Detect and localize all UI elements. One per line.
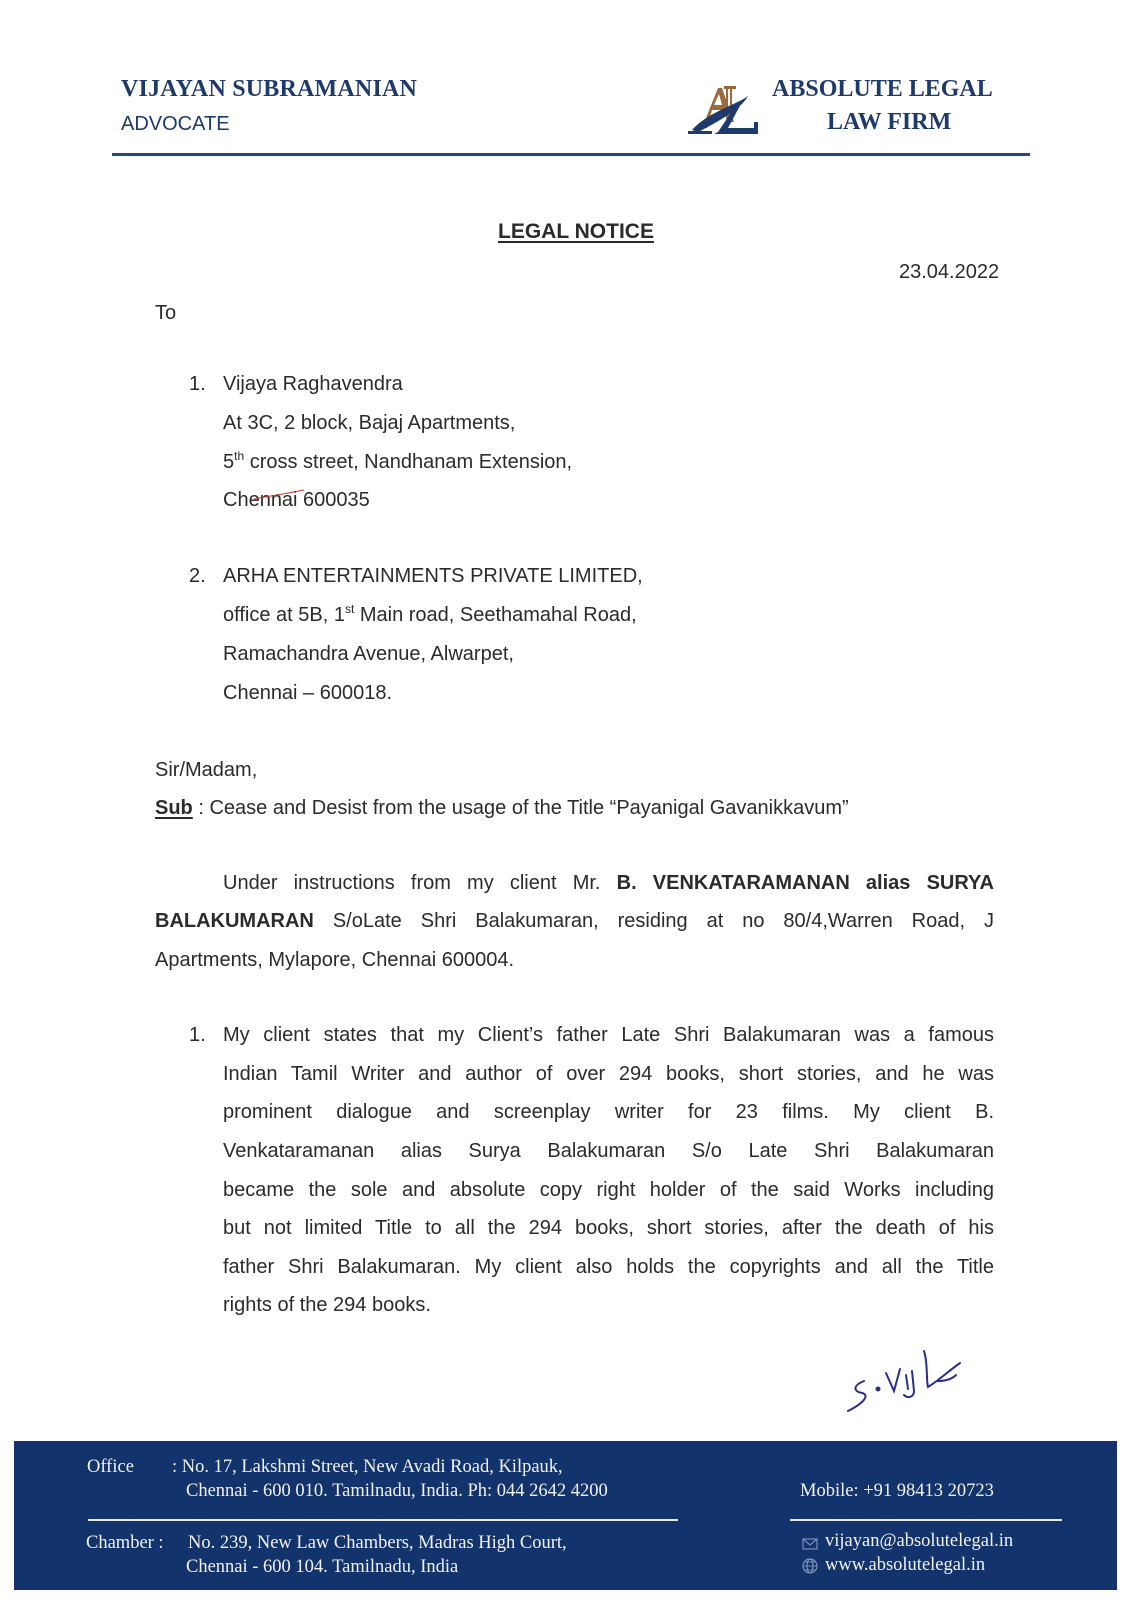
paragraph-line: Indian Tamil Writer and author of over 2…: [223, 1064, 994, 1084]
ordinal-number: 1: [334, 604, 345, 626]
paragraph-line: but not limited Title to all the 294 boo…: [223, 1218, 994, 1238]
mobile-number: Mobile: +91 98413 20723: [800, 1481, 994, 1502]
footer-divider: [790, 1519, 1062, 1521]
paragraph-line: Venkataramanan alias Surya Balakumaran S…: [223, 1141, 994, 1161]
recipient-name: ARHA ENTERTAINMENTS PRIVATE LIMITED,: [223, 566, 643, 586]
subject-line: Sub : Cease and Desist from the usage of…: [155, 798, 849, 818]
to-label: To: [155, 302, 176, 325]
paragraph-line: My client states that my Client’s father…: [223, 1025, 994, 1045]
recipient-name: Vijaya Raghavendra: [223, 374, 403, 394]
chamber-address-line2: Chennai - 600 104. Tamilnadu, India: [186, 1557, 458, 1578]
paragraph-line: became the sole and absolute copy right …: [223, 1180, 994, 1200]
chamber-label: Chamber :: [86, 1533, 164, 1554]
email-link[interactable]: vijayan@absolutelegal.in: [825, 1531, 1013, 1552]
subject-text: : Cease and Desist from the usage of the…: [193, 797, 849, 819]
office-label: Office: [87, 1457, 134, 1478]
recipient-address-line: office at 5B, 1st Main road, Seethamahal…: [223, 605, 637, 625]
recipient-number: 2.: [189, 566, 206, 586]
pen-mark-icon: [252, 488, 312, 502]
firm-name-line2: LAW FIRM: [827, 109, 951, 136]
advocate-title: ADVOCATE: [121, 113, 230, 136]
chamber-address-line1: No. 239, New Law Chambers, Madras High C…: [188, 1533, 567, 1554]
paragraph-number: 1.: [189, 1025, 206, 1045]
intro-text: S/oLate Shri Balakumaran, residing at no…: [314, 910, 994, 932]
address-text: cross street, Nandhanam Extension,: [250, 451, 572, 473]
firm-name-line1: ABSOLUTE LEGAL: [772, 76, 993, 103]
letterhead-divider: [112, 153, 1030, 156]
paragraph-line: prominent dialogue and screenplay writer…: [223, 1102, 994, 1122]
intro-line: Under instructions from my client Mr. B.…: [223, 873, 994, 893]
address-text: office at 5B,: [223, 604, 334, 626]
envelope-icon: [800, 1535, 820, 1553]
recipient-address-line: Ramachandra Avenue, Alwarpet,: [223, 644, 514, 664]
ordinal-number: 5: [223, 451, 234, 473]
recipient-address-line: Chennai – 600018.: [223, 683, 392, 703]
notice-title: LEGAL NOTICE: [498, 220, 654, 244]
address-text: Main road, Seethamahal Road,: [354, 604, 636, 626]
recipient-address-line: 5th cross street, Nandhanam Extension,: [223, 452, 572, 472]
globe-icon: [800, 1557, 820, 1575]
advocate-name: VIJAYAN SUBRAMANIAN: [121, 76, 417, 103]
ordinal-suffix: st: [345, 602, 354, 616]
notice-date: 23.04.2022: [899, 261, 999, 284]
website-link[interactable]: www.absolutelegal.in: [825, 1555, 985, 1576]
intro-text: Under instructions from my client Mr.: [223, 872, 617, 894]
intro-line: BALAKUMARAN S/oLate Shri Balakumaran, re…: [155, 911, 994, 931]
client-name: BALAKUMARAN: [155, 910, 314, 932]
office-address-line2: Chennai - 600 010. Tamilnadu, India. Ph:…: [186, 1481, 608, 1502]
ordinal-suffix: th: [234, 449, 244, 463]
al-monogram-logo-icon: [688, 82, 764, 138]
subject-label: Sub: [155, 797, 193, 819]
footer-divider: [88, 1519, 678, 1521]
salutation: Sir/Madam,: [155, 760, 257, 780]
client-name: B. VENKATARAMANAN alias SURYA: [617, 872, 994, 894]
paragraph-line: rights of the 294 books.: [223, 1295, 431, 1315]
office-address-line1: : No. 17, Lakshmi Street, New Avadi Road…: [172, 1457, 563, 1478]
handwritten-signature-icon: [842, 1345, 987, 1415]
recipient-address-line: At 3C, 2 block, Bajaj Apartments,: [223, 413, 515, 433]
recipient-number: 1.: [189, 374, 206, 394]
paragraph-line: father Shri Balakumaran. My client also …: [223, 1257, 994, 1277]
intro-line: Apartments, Mylapore, Chennai 600004.: [155, 950, 514, 970]
